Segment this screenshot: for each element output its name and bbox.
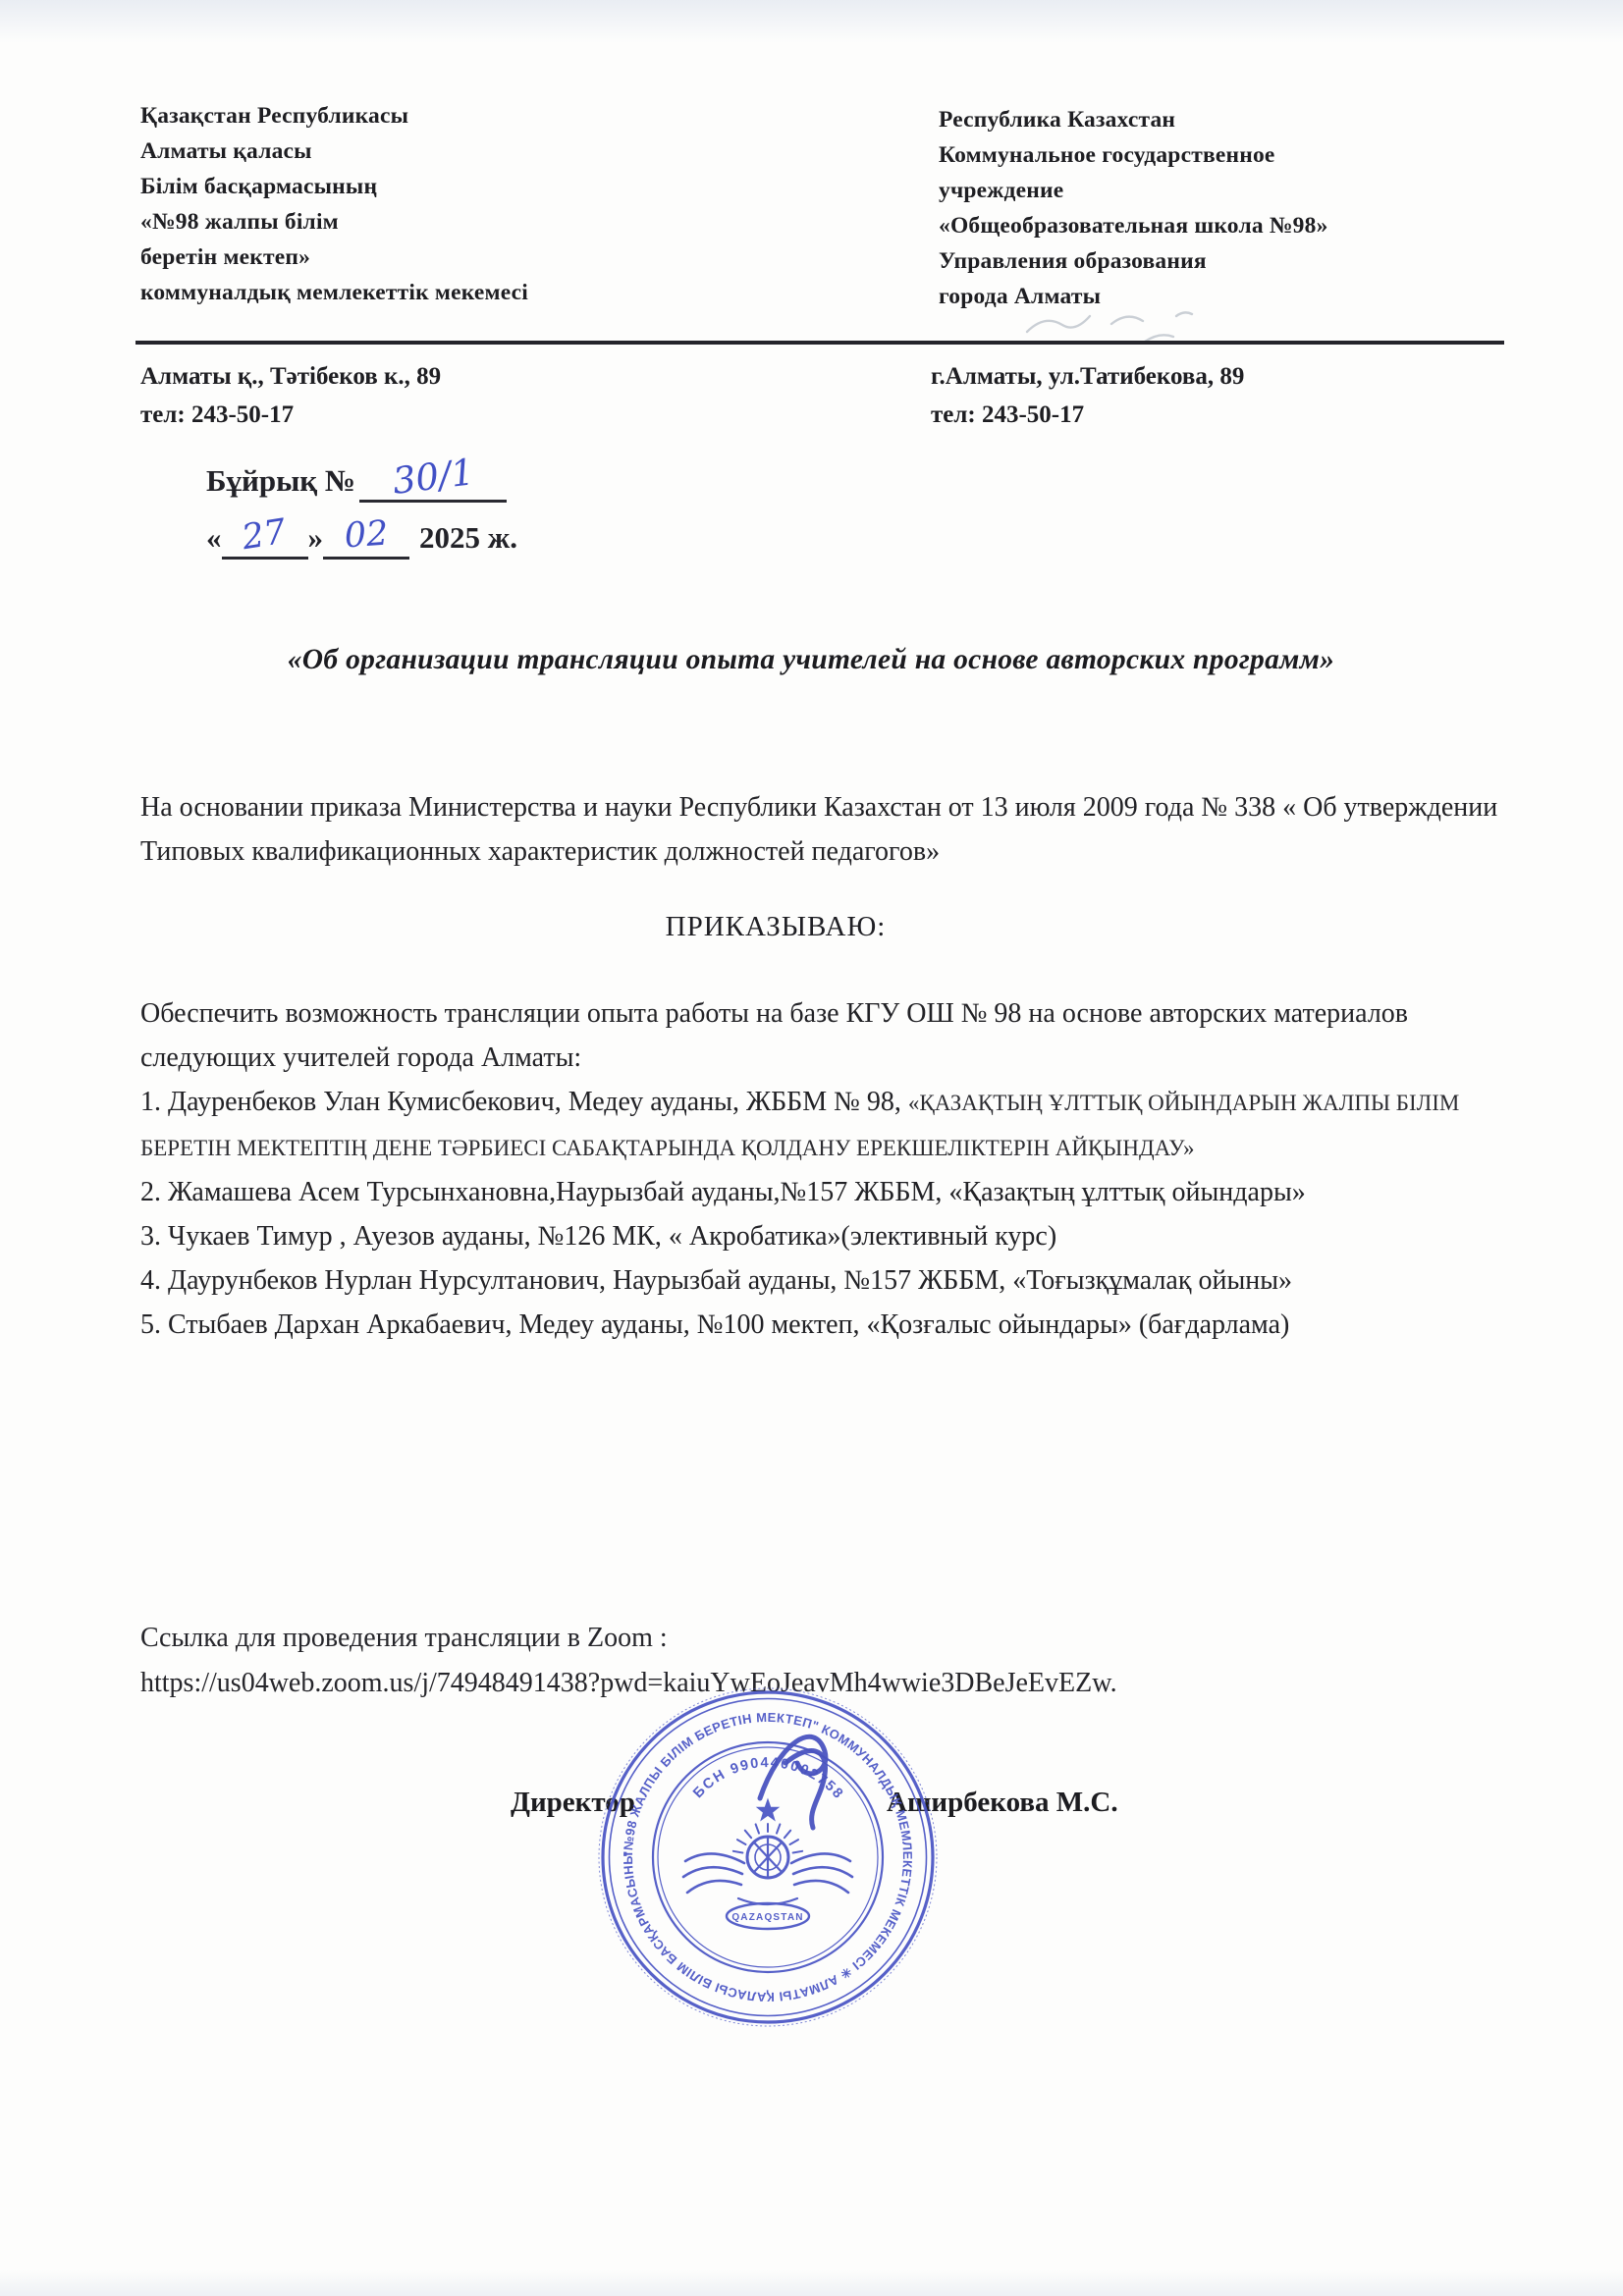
- order-item-1: 1. Дауренбеков Улан Кумисбекович, Медеу …: [140, 1080, 1525, 1170]
- date-day-handwritten: 27: [240, 512, 289, 558]
- letterhead-ru-line: Республика Казахстан: [939, 102, 1508, 137]
- date-year: 2025 ж.: [419, 520, 517, 556]
- letterhead-kk-line: беретін мектеп»: [140, 240, 641, 275]
- letterhead-ru-line: Коммунальное государственное: [939, 137, 1508, 173]
- address-russian: г.Алматы, ул.Татибекова, 89 тел: 243-50-…: [931, 357, 1244, 434]
- quote-open: «: [206, 520, 222, 556]
- letterhead-kk-line: коммуналдық мемлекеттік мекемесі: [140, 275, 641, 310]
- order-body: Обеспечить возможность трансляции опыта …: [140, 991, 1525, 1347]
- order-item-text: 1. Дауренбеков Улан Кумисбекович, Медеу …: [140, 1087, 908, 1117]
- order-number-label: Бұйрық №: [206, 463, 355, 499]
- letterhead-kk-line: Алматы қаласы: [140, 133, 641, 169]
- order-item-text: 4. Даурунбеков Нурлан Нурсултанович, Нау…: [140, 1265, 1292, 1296]
- order-item-5: 5. Стыбаев Дархан Аркабаевич, Медеу ауда…: [140, 1303, 1525, 1347]
- basis-paragraph: На основании приказа Министерства и наук…: [140, 785, 1520, 874]
- order-meta: Бұйрық № 30/1 « 27 » 02 2025 ж.: [206, 457, 517, 560]
- order-intro: Обеспечить возможность трансляции опыта …: [140, 991, 1525, 1080]
- date-day-underline: 27: [222, 517, 308, 560]
- address-kazakh: Алматы қ., Тәтібеков к., 89 тел: 243-50-…: [140, 357, 441, 434]
- coat-of-arms: [683, 1800, 852, 1929]
- phone-line: тел: 243-50-17: [140, 396, 441, 434]
- letterhead-ru-line: города Алматы: [939, 279, 1508, 314]
- order-item-2: 2. Жамашева Асем Турсынхановна,Наурызбай…: [140, 1170, 1525, 1214]
- order-number-handwritten: 30/1: [390, 451, 476, 503]
- order-item-text: 3. Чукаев Тимур , Ауезов ауданы, №126 МК…: [140, 1221, 1056, 1252]
- document-title: «Об организации трансляции опыта учителе…: [79, 644, 1543, 676]
- order-item-text: 2. Жамашева Асем Турсынхановна,Наурызбай…: [140, 1177, 1306, 1207]
- address-line: Алматы қ., Тәтібеков к., 89: [140, 357, 441, 396]
- order-number-line: Бұйрық № 30/1: [206, 457, 517, 503]
- official-stamp: "№98 ЖАЛПЫ БІЛІМ БЕРЕТІН МЕКТЕП" КОММУНА…: [595, 1684, 941, 2030]
- phone-line: тел: 243-50-17: [931, 396, 1244, 434]
- order-item-3: 3. Чукаев Тимур , Ауезов ауданы, №126 МК…: [140, 1214, 1525, 1258]
- letterhead-ru-line: Управления образования: [939, 243, 1508, 279]
- order-number-underline: 30/1: [359, 457, 507, 503]
- stamp-country-text: QAZAQSTAN: [731, 1912, 803, 1923]
- zoom-link-label: Ссылка для проведения трансляции в Zoom …: [140, 1616, 1117, 1661]
- letterhead-kk-line: Білім басқармасының: [140, 169, 641, 204]
- letterhead-kk-line: Қазақстан Республикасы: [140, 98, 641, 133]
- letterhead-kazakh: Қазақстан Республикасы Алматы қаласы Біл…: [140, 98, 641, 310]
- order-date-line: « 27 » 02 2025 ж.: [206, 517, 517, 560]
- date-month-handwritten: 02: [343, 513, 389, 556]
- date-month-underline: 02: [323, 517, 409, 560]
- letterhead-ru-line: учреждение: [939, 173, 1508, 208]
- order-item-4: 4. Даурунбеков Нурлан Нурсултанович, Нау…: [140, 1258, 1525, 1303]
- letterhead-russian: Республика Казахстан Коммунальное госуда…: [939, 102, 1508, 314]
- prikaz-heading: ПРИКАЗЫВАЮ:: [0, 911, 1551, 943]
- letterhead-kk-line: «№98 жалпы білім: [140, 204, 641, 240]
- letterhead-ru-line: «Общеобразовательная школа №98»: [939, 208, 1508, 243]
- quote-close: »: [308, 520, 324, 556]
- scanned-order-document: Қазақстан Республикасы Алматы қаласы Біл…: [0, 0, 1623, 2296]
- horizontal-divider: [135, 341, 1504, 345]
- order-item-text: 5. Стыбаев Дархан Аркабаевич, Медеу ауда…: [140, 1309, 1289, 1340]
- address-line: г.Алматы, ул.Татибекова, 89: [931, 357, 1244, 396]
